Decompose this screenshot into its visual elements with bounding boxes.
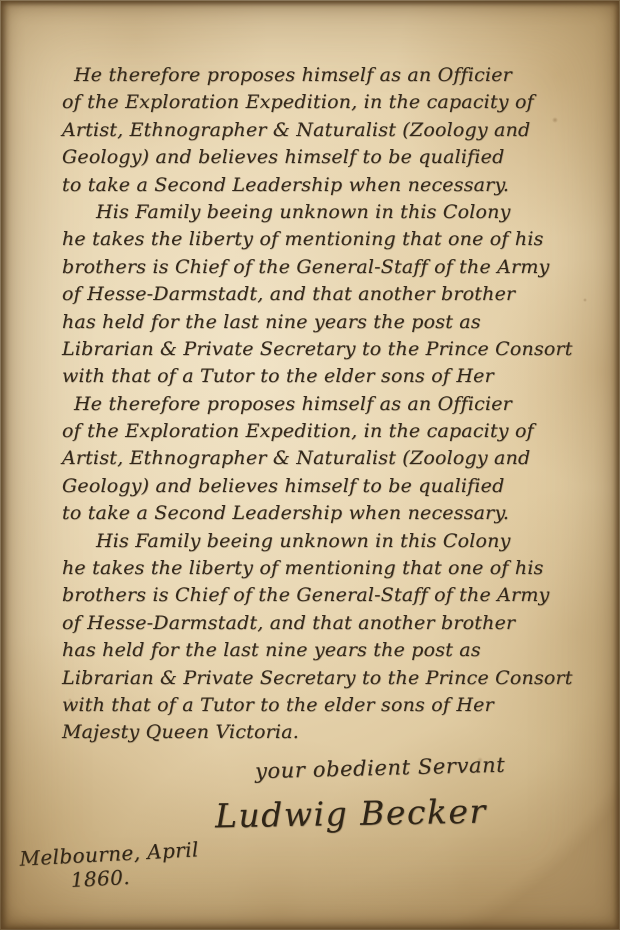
letter-line: of the Exploration Expedition, in the ca… [62,418,580,445]
letter-line: Geology) and believes himself to be qual… [62,144,580,171]
letter-line: he takes the liberty of mentioning that … [62,226,580,253]
letter-line: brothers is Chief of the General-Staff o… [62,254,580,281]
letter-line: to take a Second Leadership when necessa… [62,172,580,199]
letter-line: Geology) and believes himself to be qual… [62,473,580,500]
letter-line: with that of a Tutor to the elder sons o… [62,692,580,719]
letter-line: of Hesse-Darmstadt, and that another bro… [62,610,580,637]
letter-line: he takes the liberty of mentioning that … [62,555,580,582]
letter-body: He therefore proposes himself as an Offi… [62,62,580,747]
letter-line: to take a Second Leadership when necessa… [62,500,580,527]
letter-line: He therefore proposes himself as an Offi… [62,391,580,418]
letter-line: brothers is Chief of the General-Staff o… [62,582,580,609]
letter-line: Librarian & Private Secretary to the Pri… [62,665,580,692]
letter-line: Librarian & Private Secretary to the Pri… [62,336,580,363]
letter-page: He therefore proposes himself as an Offi… [0,0,620,930]
letter-line: Artist, Ethnographer & Naturalist (Zoolo… [62,117,580,144]
letter-line: with that of a Tutor to the elder sons o… [62,363,580,390]
dateline: Melbourne, April 1860. [19,837,201,894]
letter-line: Artist, Ethnographer & Naturalist (Zoolo… [62,445,580,472]
letter-line: Majesty Queen Victoria. [62,719,580,746]
letter-line: has held for the last nine years the pos… [62,637,580,664]
letter-line: of the Exploration Expedition, in the ca… [62,89,580,116]
letter-line: His Family beeing unknown in this Colony [62,199,580,226]
signature-ludwig-becker: Ludwig Becker [215,792,487,836]
letter-line: He therefore proposes himself as an Offi… [62,62,580,89]
letter-line: His Family beeing unknown in this Colony [62,528,580,555]
letter-line: of Hesse-Darmstadt, and that another bro… [62,281,580,308]
closing-salutation: your obedient Servant [255,753,506,784]
letter-line: has held for the last nine years the pos… [62,309,580,336]
